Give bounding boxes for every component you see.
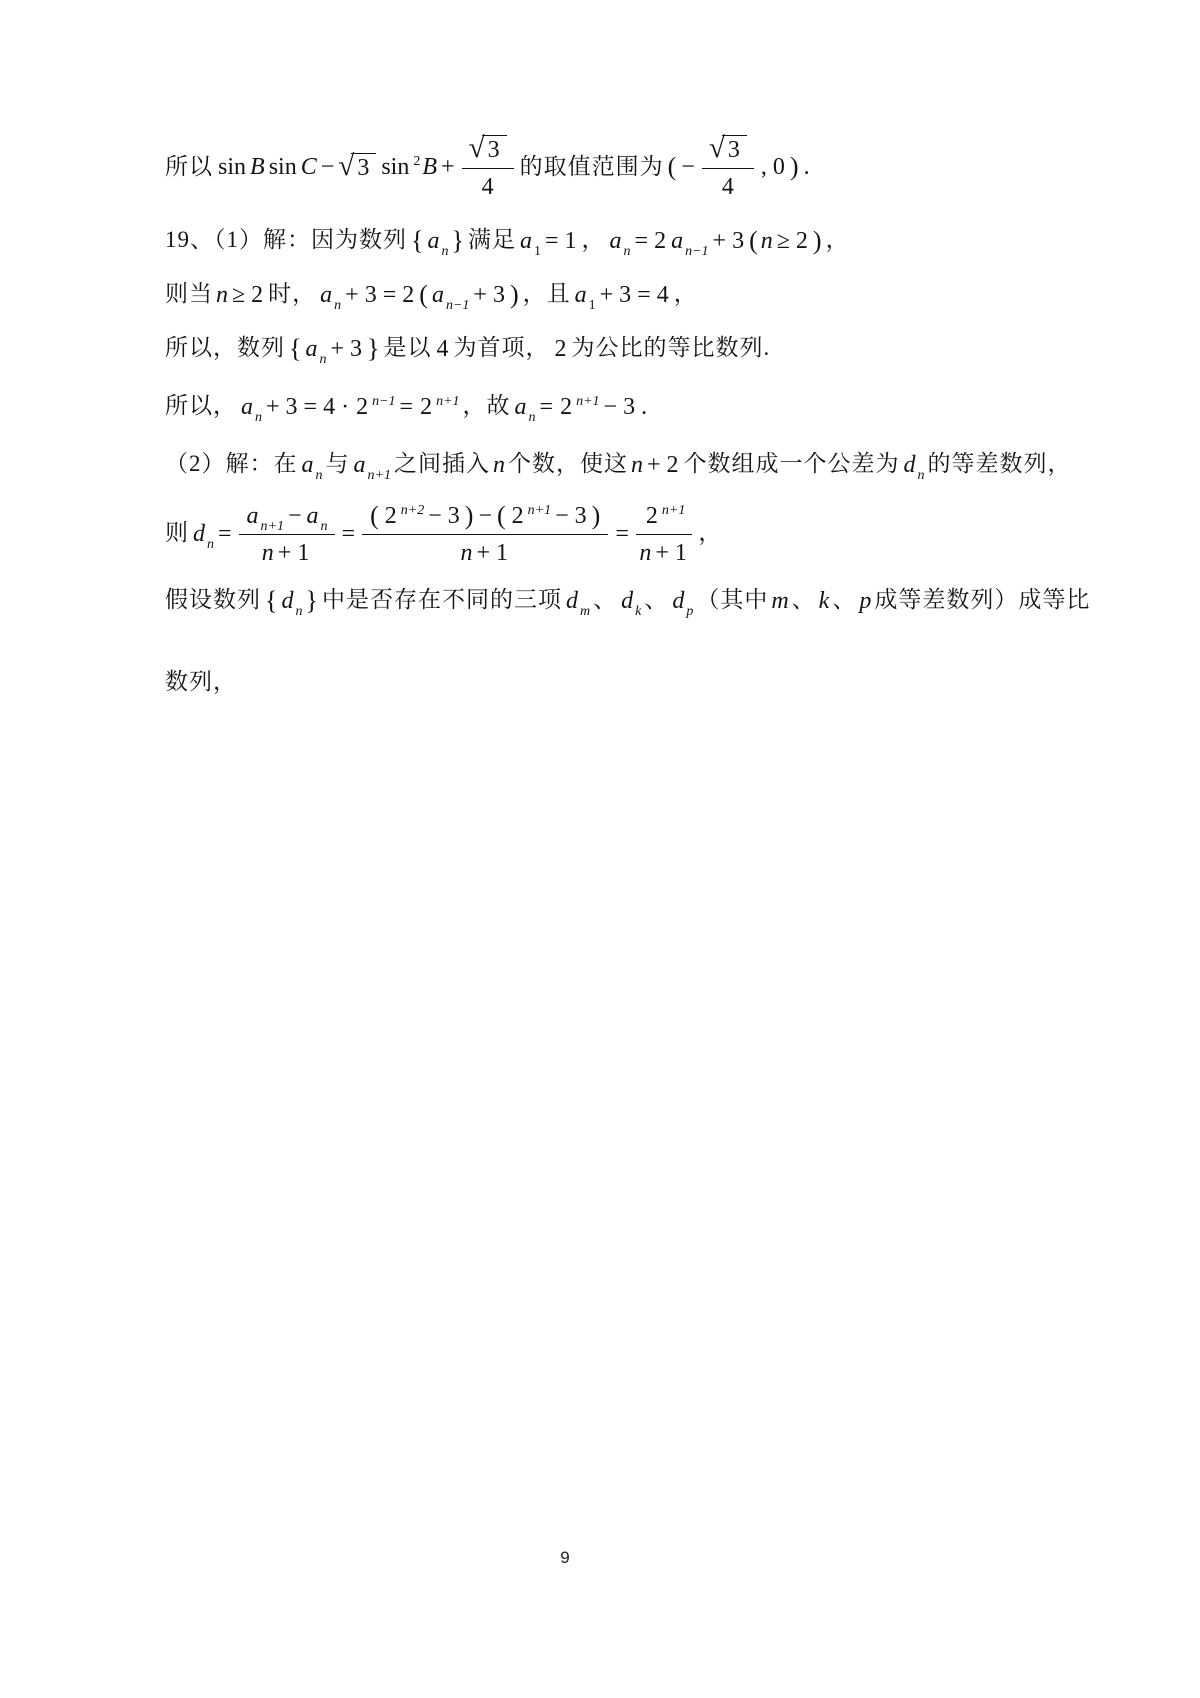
superscript: n−1 <box>372 394 395 409</box>
text-run: 、 <box>593 586 617 615</box>
text-run: 是以 <box>384 334 432 363</box>
math-token: 2 <box>560 394 572 420</box>
text-run: 与 <box>326 450 350 479</box>
math-var: a <box>354 452 366 478</box>
math-token: 1 <box>675 538 687 568</box>
math-token: 4 <box>323 392 335 422</box>
math-var: a <box>427 228 439 254</box>
math-token: 3 <box>350 334 362 364</box>
math-token: 3 <box>286 392 298 422</box>
text-run: ， <box>582 226 606 255</box>
page-number: 9 <box>0 1548 1130 1568</box>
math-subscripted: an−1 <box>431 280 469 310</box>
subscript: n−1 <box>685 244 708 259</box>
text-run: 、 <box>792 586 816 615</box>
bracket-delim: { <box>289 336 301 362</box>
document-page: 所以sinBsinC−√3sin2B+√34的取值范围为(−√34,0).19、… <box>0 0 1200 1698</box>
math-group: an <box>423 226 451 256</box>
bracket-delim: ( <box>419 282 428 308</box>
math-var: a <box>302 452 314 478</box>
text-run: ， <box>826 226 850 255</box>
math-token: 2 <box>251 280 263 310</box>
fraction: √34 <box>462 133 514 202</box>
math-group: n≥2 <box>758 226 813 256</box>
paren-group: (n≥2) <box>749 226 822 256</box>
math-group: 3 <box>482 135 507 165</box>
math-token: + <box>278 538 292 568</box>
math-subscripted: an <box>514 392 536 422</box>
math-token: 2 <box>356 394 368 420</box>
math-var: a <box>575 282 587 308</box>
math-token: 4 <box>657 280 669 310</box>
math-token: = <box>545 226 559 256</box>
text-run: 数列， <box>165 668 237 697</box>
text-run: 为公比的等比数列. <box>572 334 771 363</box>
math-token: + <box>600 280 614 310</box>
math-token: sin <box>381 154 409 180</box>
text-run: 假设数列 <box>165 586 261 615</box>
subscript: 1 <box>534 244 541 259</box>
line-05: 所以，an+3=4·2n−1=2n+1，故an=2n+1−3. <box>163 390 1110 424</box>
math-subscripted: an <box>304 334 326 364</box>
text-run: ，故 <box>463 392 511 421</box>
math-token: + <box>655 538 669 568</box>
math-token: = <box>540 392 554 422</box>
math-token: − <box>604 392 618 422</box>
math-token: . <box>804 152 810 182</box>
math-var: a <box>241 394 253 420</box>
text-run: 所以 <box>165 153 213 182</box>
subscript: n <box>207 537 214 552</box>
subscript: n <box>255 410 262 425</box>
math-var: k <box>819 586 830 616</box>
math-superscripted: 2n−1 <box>353 392 395 422</box>
math-token: ≥ <box>232 280 245 310</box>
math-superscripted: 2n+1 <box>643 501 685 531</box>
math-group: 3 <box>351 153 376 183</box>
subscript: n <box>918 468 925 483</box>
math-group: n+1 <box>261 535 313 568</box>
subscript: n+1 <box>368 468 391 483</box>
math-subscripted: an <box>306 501 328 531</box>
math-token: 2 <box>402 280 414 310</box>
math-token: = <box>342 519 356 549</box>
subscript: n+1 <box>261 519 284 534</box>
math-var: a <box>671 228 683 254</box>
math-subscripted: a1 <box>574 280 596 310</box>
math-token: − <box>555 501 569 531</box>
superscript: n+1 <box>528 503 551 518</box>
math-subscripted: dp <box>671 586 693 616</box>
math-superscripted: 2n+1 <box>557 392 599 422</box>
text-run: 则当 <box>165 280 213 309</box>
text-run: 的等差数列， <box>928 450 1072 479</box>
math-token: 1 <box>297 538 309 568</box>
text-run: 时， <box>268 280 316 309</box>
subscript: n <box>321 519 328 534</box>
subscript: n <box>334 298 341 313</box>
line-08: 假设数列{dn}中是否存在不同的三项dm、dk、dp（其中m、k、p成等差数列）… <box>163 584 1110 618</box>
math-var: a <box>610 228 622 254</box>
math-token: 2 <box>654 226 666 256</box>
square-root: √3 <box>338 152 376 183</box>
line-03: 则当n≥2时，an+3=2(an−1+3)，且a1+3=4， <box>163 278 1110 312</box>
math-token: 3 <box>732 226 744 256</box>
math-token: 3 <box>619 280 631 310</box>
math-var: n <box>761 226 773 256</box>
math-token: 4 <box>437 334 449 364</box>
math-group: 2n+2−3 <box>379 501 465 531</box>
math-token: + <box>266 392 280 422</box>
bracket-delim: { <box>411 228 423 254</box>
math-token: + <box>345 280 359 310</box>
text-run: ， <box>674 280 698 309</box>
math-var: n <box>262 538 274 568</box>
math-token: = <box>635 226 649 256</box>
math-group: 2n+1−3 <box>506 501 592 531</box>
math-var: n <box>631 450 643 480</box>
math-subscripted: an <box>319 280 341 310</box>
math-var: d <box>672 588 684 614</box>
math-token: 2 <box>555 334 567 364</box>
bracket-delim: ) <box>813 228 822 254</box>
text-run: 所以， <box>165 392 237 421</box>
text-run: （其中 <box>696 586 768 615</box>
math-token: − <box>288 501 302 531</box>
superscript: n+1 <box>576 394 599 409</box>
brace-group: {an} <box>411 226 464 256</box>
brace-group: {an+3} <box>289 334 380 364</box>
math-var: a <box>520 228 532 254</box>
math-token: , <box>761 152 767 182</box>
math-group: 4 <box>719 169 737 202</box>
math-token: + <box>330 334 344 364</box>
superscript: n+1 <box>436 394 459 409</box>
math-subscripted: dn <box>192 519 214 549</box>
text-run: 中是否存在不同的三项 <box>322 586 562 615</box>
math-group: 2n+1 <box>636 500 692 535</box>
math-token: ≥ <box>777 226 790 256</box>
math-var: d <box>193 521 205 547</box>
text-run: （2）解：在 <box>165 450 298 479</box>
brace-group: {dn} <box>265 586 318 616</box>
math-superscripted: sin2 <box>378 152 420 182</box>
math-token: = <box>400 392 414 422</box>
math-token: 3 <box>728 136 740 165</box>
math-group: 3 <box>722 135 747 165</box>
paren-group: (2n+2−3) <box>370 501 473 531</box>
math-group: √3 <box>702 133 754 169</box>
math-token: 1 <box>496 538 508 568</box>
text-run: 、 <box>644 586 668 615</box>
math-var: a <box>247 503 259 529</box>
math-token: 4 <box>482 172 494 202</box>
line-02: 19、（1）解：因为数列{an}满足a1=1，an=2an−1+3(n≥2)， <box>163 224 1110 258</box>
math-subscripted: an <box>301 450 323 480</box>
bracket-delim: ( <box>668 154 677 180</box>
bracket-delim: } <box>367 336 379 362</box>
math-token: 2 <box>646 503 658 529</box>
superscript: 2 <box>413 154 420 169</box>
math-group: n+1 <box>459 535 511 568</box>
math-var: a <box>515 394 527 420</box>
paren-group: (2n+1−3) <box>497 501 600 531</box>
math-token: 3 <box>575 501 587 531</box>
math-token: 3 <box>623 392 635 422</box>
bracket-delim: ( <box>749 228 758 254</box>
math-var: n <box>639 538 651 568</box>
bracket-delim: ) <box>465 503 474 529</box>
line-09: 数列， <box>163 666 1110 700</box>
math-subscripted: an+1 <box>246 501 284 531</box>
square-root: √3 <box>709 134 747 165</box>
subscript: n <box>316 468 323 483</box>
math-token: + <box>473 280 487 310</box>
math-var: n <box>493 450 505 480</box>
subscript: 1 <box>589 298 596 313</box>
line-01: 所以sinBsinC−√3sin2B+√34的取值范围为(−√34,0). <box>163 133 1110 202</box>
bracket-delim: } <box>305 588 317 614</box>
bracket-delim: { <box>265 588 277 614</box>
math-token: − <box>478 501 492 531</box>
math-token: 3 <box>448 501 460 531</box>
math-token: − <box>428 501 442 531</box>
math-var: a <box>432 282 444 308</box>
math-group: 4 <box>479 169 497 202</box>
math-var: a <box>305 336 317 362</box>
math-token: 3 <box>357 154 369 183</box>
math-token: 3 <box>493 280 505 310</box>
subscript: n−1 <box>446 298 469 313</box>
line-07: 则dn=an+1−ann+1=(2n+2−3)−(2n+1−3)n+1=2n+1… <box>163 500 1110 568</box>
math-token: sin <box>269 152 297 182</box>
math-var: n <box>460 538 472 568</box>
subscript: n <box>441 244 448 259</box>
math-superscripted: 2n+2 <box>382 501 424 531</box>
math-superscripted: 2n+1 <box>509 501 551 531</box>
math-token: 2 <box>420 394 432 420</box>
line-04: 所以，数列{an+3}是以4为首项，2为公比的等比数列. <box>163 332 1110 366</box>
math-var: a <box>307 503 319 529</box>
math-var: p <box>859 586 871 616</box>
math-subscripted: dk <box>620 586 641 616</box>
math-token: + <box>476 538 490 568</box>
math-subscripted: an <box>240 392 262 422</box>
math-token: = <box>304 392 318 422</box>
bracket-delim: ( <box>497 503 506 529</box>
fraction: (2n+2−3)−(2n+1−3)n+1 <box>362 500 608 568</box>
math-token: 2 <box>512 503 524 529</box>
fraction: 2n+1n+1 <box>636 500 692 568</box>
text-run: 为首项， <box>454 334 550 363</box>
text-run: 19、（1）解：因为数列 <box>165 226 407 255</box>
math-var: d <box>904 452 916 478</box>
paren-group: (−√34,0) <box>668 133 799 202</box>
math-token: sin <box>218 152 246 182</box>
math-token: 4 <box>722 172 734 202</box>
math-token: 1 <box>565 226 577 256</box>
math-token: = <box>637 280 651 310</box>
math-token: + <box>441 152 455 182</box>
math-token: . <box>641 392 647 422</box>
math-token: 3 <box>365 280 377 310</box>
fraction: an+1−ann+1 <box>239 500 335 568</box>
subscript: n <box>295 604 302 619</box>
math-subscripted: dn <box>280 586 302 616</box>
text-run: 成等差数列）成等比 <box>874 586 1090 615</box>
math-token: + <box>647 450 661 480</box>
text-run: 个数组成一个公差为 <box>684 450 900 479</box>
math-subscripted: a1 <box>519 226 541 256</box>
text-run: 、 <box>832 586 856 615</box>
math-token: 2 <box>385 503 397 529</box>
math-token: = <box>383 280 397 310</box>
math-group: an+3 <box>301 334 367 364</box>
math-subscripted: an−1 <box>670 226 708 256</box>
math-subscripted: an <box>426 226 448 256</box>
bracket-delim: ) <box>592 503 601 529</box>
fraction: √34 <box>702 133 754 202</box>
text-run: ， <box>698 519 722 548</box>
math-var: d <box>281 588 293 614</box>
text-run: 之间插入 <box>394 450 490 479</box>
superscript: n+1 <box>662 503 685 518</box>
math-group: −√34,0 <box>676 133 790 202</box>
document-content: 所以sinBsinC−√3sin2B+√34的取值范围为(−√34,0).19、… <box>0 133 1200 700</box>
math-token: + <box>713 226 727 256</box>
math-subscripted: dn <box>903 450 925 480</box>
math-var: m <box>771 586 788 616</box>
math-var: a <box>320 282 332 308</box>
subscript: n <box>319 352 326 367</box>
bracket-delim: } <box>451 228 463 254</box>
math-group: an−1+3 <box>428 280 510 310</box>
subscript: m <box>580 604 590 619</box>
text-run: 个数，使这 <box>508 450 628 479</box>
text-run: 的取值范围为 <box>520 153 664 182</box>
math-token: 3 <box>488 136 500 165</box>
text-run: 满足 <box>468 226 516 255</box>
math-subscripted: dm <box>565 586 590 616</box>
math-superscripted: 2n+1 <box>417 392 459 422</box>
math-var: B <box>422 152 437 182</box>
bracket-delim: ) <box>510 282 519 308</box>
math-token: · <box>341 392 349 422</box>
math-group: (2n+2−3)−(2n+1−3) <box>362 500 608 535</box>
math-var: C <box>301 152 317 182</box>
math-var: d <box>621 588 633 614</box>
bracket-delim: ( <box>370 503 379 529</box>
paren-group: (an−1+3) <box>419 280 518 310</box>
math-var: n <box>216 280 228 310</box>
subscript: n <box>529 410 536 425</box>
math-token: 0 <box>773 152 785 182</box>
text-run: ，且 <box>523 280 571 309</box>
text-run: 则 <box>165 519 189 548</box>
math-var: B <box>250 152 265 182</box>
subscript: n <box>624 244 631 259</box>
math-token: − <box>321 152 335 182</box>
superscript: n+2 <box>401 503 424 518</box>
math-token: − <box>681 152 695 182</box>
subscript: k <box>635 604 641 619</box>
math-group: n+1 <box>638 535 690 568</box>
math-group: dn <box>277 586 305 616</box>
math-group: an+1−an <box>239 500 335 535</box>
bracket-delim: ) <box>790 154 799 180</box>
square-root: √3 <box>469 134 507 165</box>
math-token: = <box>218 519 232 549</box>
line-06: （2）解：在an与an+1之间插入n个数，使这n+2个数组成一个公差为dn的等差… <box>163 448 1110 482</box>
math-token: 2 <box>667 450 679 480</box>
subscript: p <box>686 604 693 619</box>
math-subscripted: an+1 <box>353 450 391 480</box>
math-group: √3 <box>462 133 514 169</box>
math-token: 2 <box>796 226 808 256</box>
text-run: 所以，数列 <box>165 334 285 363</box>
math-var: d <box>566 588 578 614</box>
math-subscripted: an <box>609 226 631 256</box>
math-token: = <box>615 519 629 549</box>
